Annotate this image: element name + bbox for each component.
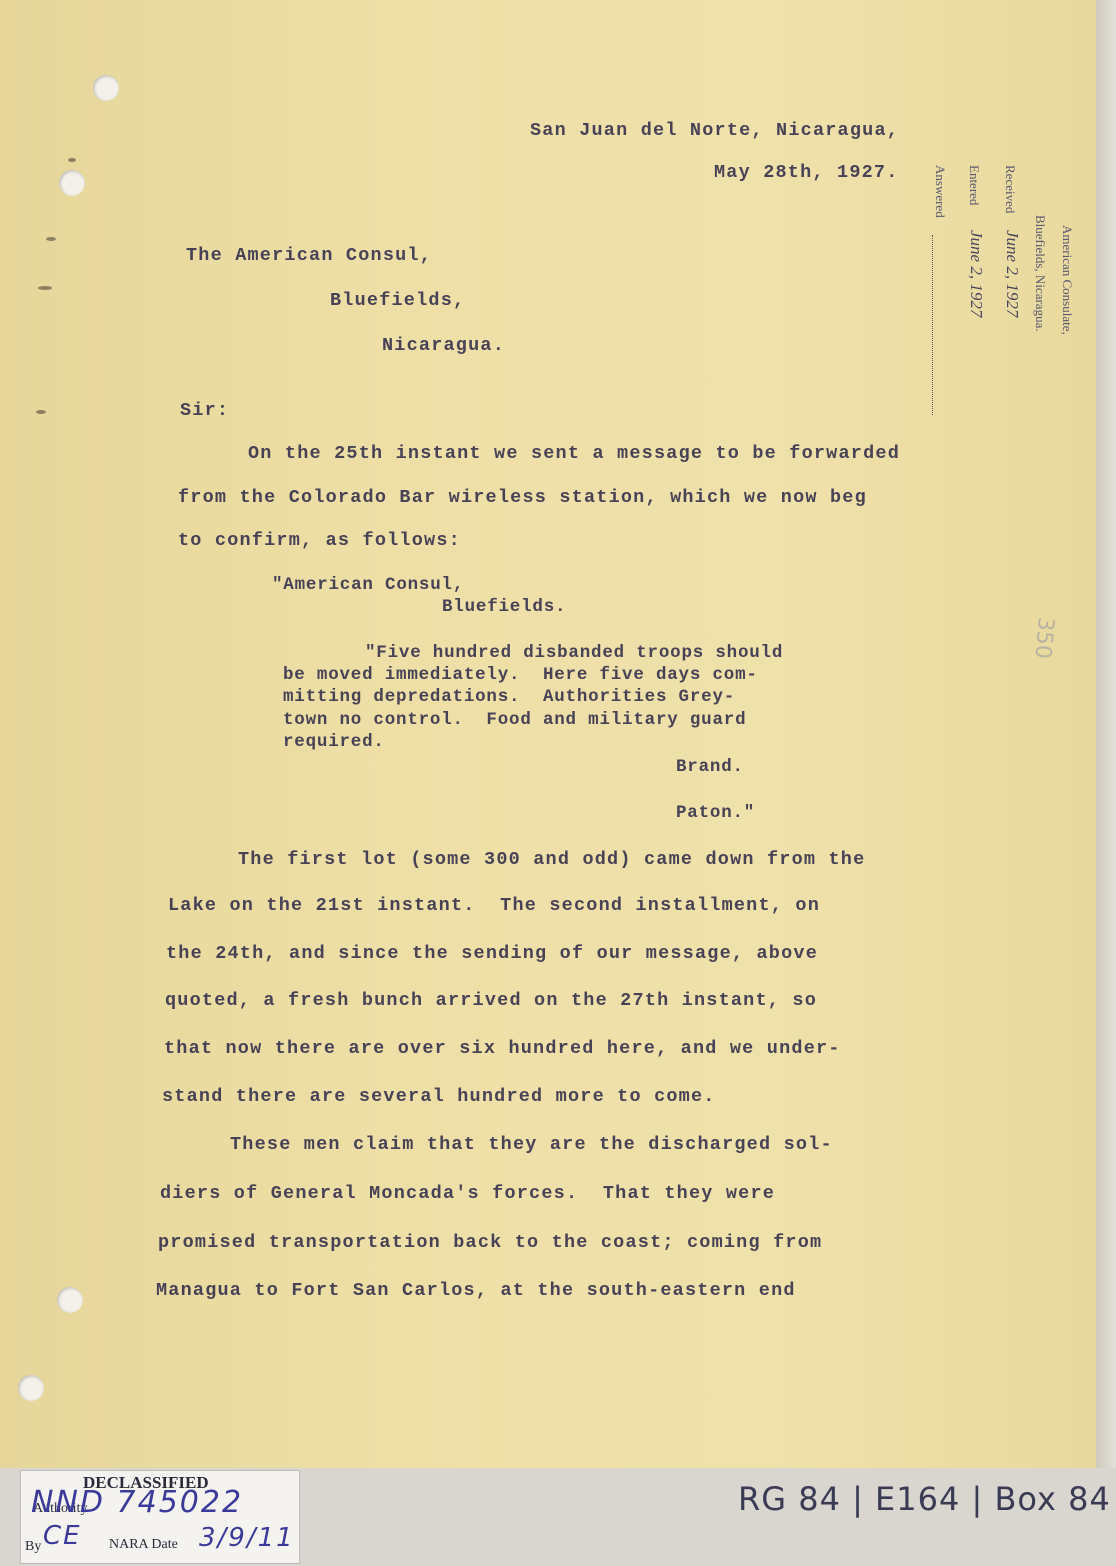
ink-smudge: [46, 237, 56, 241]
punch-hole: [93, 75, 119, 101]
stamp-answered-label: Answered: [932, 165, 948, 218]
paragraph-line: that now there are over six hundred here…: [164, 1038, 841, 1059]
declassification-stamp: DECLASSIFIED Authority NND 745022 By CE …: [20, 1470, 300, 1564]
paragraph-line: to confirm, as follows:: [178, 530, 461, 551]
declass-by-value: CE: [43, 1521, 82, 1551]
ink-smudge: [38, 286, 52, 290]
receipt-stamp: American Consulate, Bluefields, Nicaragu…: [930, 165, 1080, 425]
place-line: San Juan del Norte, Nicaragua,: [530, 120, 899, 141]
stamp-location: Bluefields, Nicaragua.: [1032, 215, 1048, 332]
paragraph-line: stand there are several hundred more to …: [162, 1086, 716, 1107]
paragraph-line: quoted, a fresh bunch arrived on the 27t…: [165, 990, 817, 1011]
stamp-received-value: June 2, 1927: [1002, 230, 1022, 317]
quoted-message-line: town no control. Food and military guard: [283, 710, 746, 730]
quoted-message-line: be moved immediately. Here five days com…: [283, 665, 758, 685]
stamp-entered-value: June 2, 1927: [966, 230, 986, 317]
declass-nara-label: NARA Date: [109, 1537, 178, 1553]
ink-smudge: [68, 158, 76, 162]
salutation: Sir:: [180, 400, 229, 421]
quoted-message-line: "Five hundred disbanded troops should: [365, 643, 783, 663]
punch-hole: [57, 1287, 83, 1313]
document-page: San Juan del Norte, Nicaragua, May 28th,…: [0, 0, 1100, 1468]
paragraph-line: the 24th, and since the sending of our m…: [166, 943, 818, 964]
stamp-entered-label: Entered: [966, 165, 982, 205]
addressee-line: Nicaragua.: [382, 335, 505, 356]
quoted-address-line: Bluefields.: [442, 597, 566, 617]
punch-hole: [59, 170, 85, 196]
addressee-line: Bluefields,: [330, 290, 465, 311]
declass-authority-value: NND 745022: [31, 1485, 243, 1520]
paragraph-line: On the 25th instant we sent a message to…: [248, 443, 900, 464]
paragraph-line: These men claim that they are the discha…: [230, 1134, 833, 1155]
quoted-signature: Brand.: [676, 757, 744, 777]
paragraph-line: Managua to Fort San Carlos, at the south…: [156, 1280, 796, 1301]
punch-hole: [18, 1375, 44, 1401]
archive-reference: RG 84 | E164 | Box 84: [738, 1480, 1111, 1518]
pencil-page-number: 350: [1029, 616, 1058, 660]
paragraph-line: The first lot (some 300 and odd) came do…: [238, 849, 865, 870]
declass-date-value: 3/9/11: [199, 1523, 295, 1553]
ink-smudge: [36, 410, 46, 414]
quoted-message-line: mitting depredations. Authorities Grey-: [283, 687, 735, 707]
paragraph-line: Lake on the 21st instant. The second ins…: [168, 895, 820, 916]
paragraph-line: from the Colorado Bar wireless station, …: [178, 487, 867, 508]
stamp-received-label: Received: [1002, 165, 1018, 213]
addressee-line: The American Consul,: [186, 245, 432, 266]
quoted-signature: Paton.": [676, 803, 755, 823]
page-edge: [1096, 0, 1116, 1468]
paragraph-line: diers of General Moncada's forces. That …: [160, 1183, 775, 1204]
quoted-address-line: "American Consul,: [272, 575, 464, 595]
date-line: May 28th, 1927.: [714, 162, 899, 183]
paragraph-line: promised transportation back to the coas…: [158, 1232, 822, 1253]
stamp-office: American Consulate,: [1059, 225, 1075, 335]
stamp-answered-blank: [932, 235, 934, 415]
quoted-message-line: required.: [283, 732, 385, 752]
declass-by-label: By: [25, 1539, 41, 1555]
